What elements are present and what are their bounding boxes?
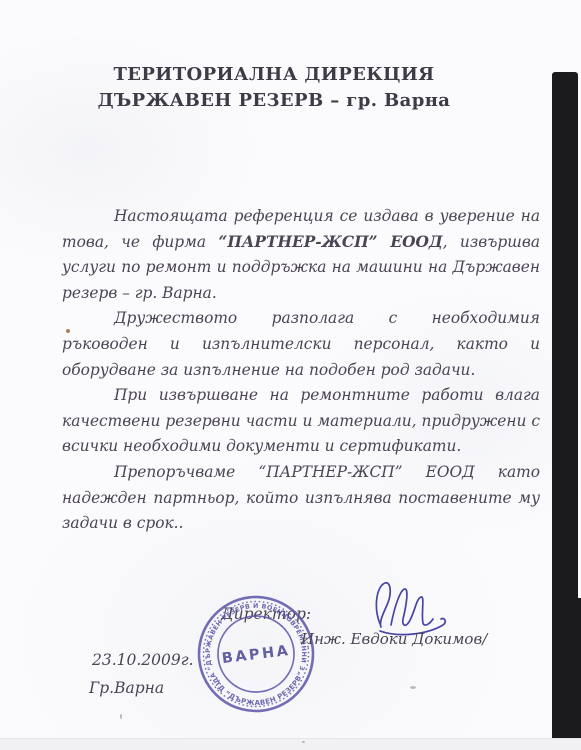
city-label: Гр.Варна xyxy=(89,679,164,697)
letterhead: ТЕРИТОРИАЛНА ДИРЕКЦИЯ ДЪРЖАВЕН РЕЗЕРВ – … xyxy=(0,62,548,114)
reference-body: Настоящата референция се издава в уверен… xyxy=(62,204,540,537)
scan-speck xyxy=(302,741,305,743)
scanned-letter-page: ТЕРИТОРИАЛНА ДИРЕКЦИЯ ДЪРЖАВЕН РЕЗЕРВ – … xyxy=(0,0,581,750)
stamp-center-label: ВАРНА xyxy=(221,643,291,667)
letterhead-line2: ДЪРЖАВЕН РЕЗЕРВ – гр. Варна xyxy=(0,88,548,114)
company-name-bold: “ПАРТНЕР-ЖСП” ЕООД xyxy=(219,233,443,251)
letterhead-line1: ТЕРИТОРИАЛНА ДИРЕКЦИЯ xyxy=(0,62,548,88)
scan-bottom-edge xyxy=(0,738,581,750)
scan-speck xyxy=(120,714,122,719)
paragraph-4: Препоръчваме “ПАРТНЕР-ЖСП” ЕООД като над… xyxy=(62,460,540,537)
scanner-black-band xyxy=(552,72,578,738)
stamp-ring-text-outer: ДА “ДЪРЖАВЕН РЕЗЕРВ И ВОЕННОВРЕМЕННИ ЗАП… xyxy=(195,593,311,687)
date-label: 23.10.2009г. xyxy=(92,651,194,669)
paragraph-2: Дружеството разполага с необходимия ръко… xyxy=(62,306,540,383)
scan-speck xyxy=(410,686,416,689)
signer-name-label: Инж. Евдоки Докимов/ xyxy=(301,630,487,648)
scan-speck xyxy=(66,329,70,333)
scanner-black-band-edge xyxy=(576,598,581,738)
official-round-stamp: ДА “ДЪРЖАВЕН РЕЗЕРВ И ВОЕННОВРЕМЕННИ ЗАП… xyxy=(195,593,317,715)
signature-stroke xyxy=(391,589,433,625)
paragraph-1: Настоящата референция се издава в уверен… xyxy=(62,204,540,306)
paragraph-3: При извършване на ремонтните работи влаг… xyxy=(62,383,540,460)
signature-stroke xyxy=(376,583,390,627)
svg-text:ДА “ДЪРЖАВЕН РЕЗЕРВ И ВОЕННОВР: ДА “ДЪРЖАВЕН РЕЗЕРВ И ВОЕННОВРЕМЕННИ ЗАП… xyxy=(195,593,311,687)
